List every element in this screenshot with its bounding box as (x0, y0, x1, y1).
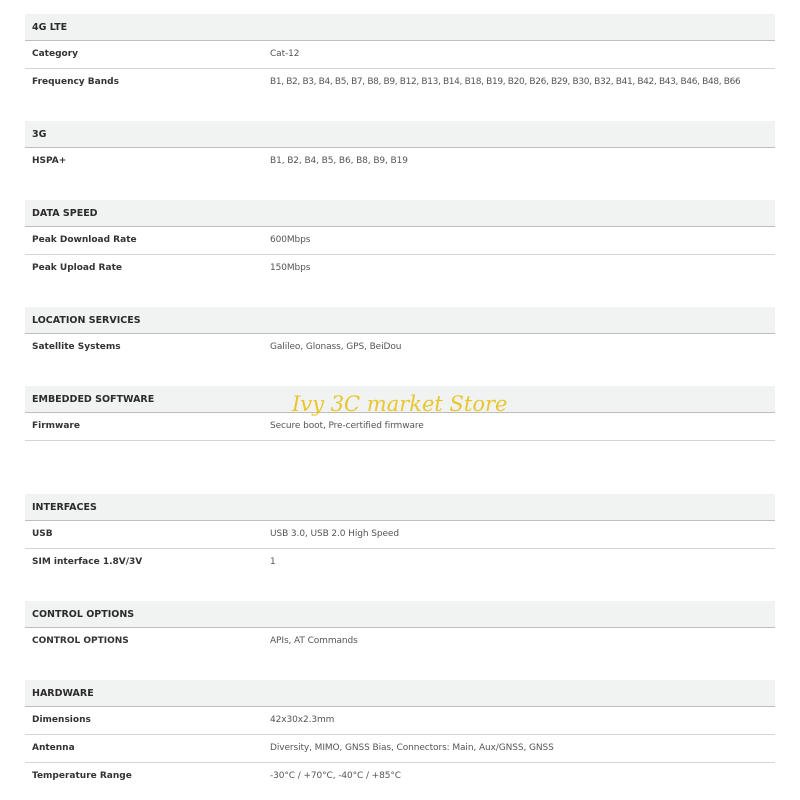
spec-label: Satellite Systems (32, 334, 121, 361)
spec-label: Peak Download Rate (32, 227, 137, 254)
spec-value: -30°C / +70°C, -40°C / +85°C (270, 763, 401, 790)
store-watermark: Ivy 3C market Store (292, 392, 507, 416)
spec-value: 1 (270, 549, 276, 576)
spec-row-dimensions: Dimensions 42x30x2.3mm (25, 707, 775, 735)
spec-value: B1, B2, B3, B4, B5, B7, B8, B9, B12, B13… (270, 69, 740, 96)
spec-value: Secure boot, Pre-certified firmware (270, 413, 424, 440)
section-4g-lte: 4G LTE Category Cat-12 Frequency Bands B… (25, 14, 775, 97)
spec-value: Diversity, MIMO, GNSS Bias, Connectors: … (270, 735, 554, 762)
spec-value: Cat-12 (270, 41, 299, 68)
spec-label: CONTROL OPTIONS (32, 628, 129, 655)
spec-label: Temperature Range (32, 763, 132, 790)
spec-row-hspa: HSPA+ B1, B2, B4, B5, B6, B8, B9, B19 (25, 148, 775, 176)
section-header: LOCATION SERVICES (25, 307, 775, 334)
section-3g: 3G HSPA+ B1, B2, B4, B5, B6, B8, B9, B19 (25, 121, 775, 176)
spec-row-usb: USB USB 3.0, USB 2.0 High Speed (25, 521, 775, 549)
section-interfaces: INTERFACES USB USB 3.0, USB 2.0 High Spe… (25, 494, 775, 577)
spec-row-frequency-bands: Frequency Bands B1, B2, B3, B4, B5, B7, … (25, 69, 775, 97)
spec-label: Category (32, 41, 78, 68)
section-hardware: HARDWARE Dimensions 42x30x2.3mm Antenna … (25, 680, 775, 791)
section-data-speed: DATA SPEED Peak Download Rate 600Mbps Pe… (25, 200, 775, 283)
spec-row-peak-download: Peak Download Rate 600Mbps (25, 227, 775, 255)
section-control-options: CONTROL OPTIONS CONTROL OPTIONS APIs, AT… (25, 601, 775, 656)
spec-row-control-options: CONTROL OPTIONS APIs, AT Commands (25, 628, 775, 656)
spec-row-sim-interface: SIM interface 1.8V/3V 1 (25, 549, 775, 577)
spec-value: USB 3.0, USB 2.0 High Speed (270, 521, 399, 548)
spec-label: Peak Upload Rate (32, 255, 122, 282)
spec-row-peak-upload: Peak Upload Rate 150Mbps (25, 255, 775, 283)
spec-label: HSPA+ (32, 148, 66, 175)
spec-value: B1, B2, B4, B5, B6, B8, B9, B19 (270, 148, 408, 175)
spec-value: Galileo, Glonass, GPS, BeiDou (270, 334, 401, 361)
section-header: DATA SPEED (25, 200, 775, 227)
section-header: HARDWARE (25, 680, 775, 707)
spec-value: APIs, AT Commands (270, 628, 358, 655)
spec-value: 42x30x2.3mm (270, 707, 334, 734)
section-header: CONTROL OPTIONS (25, 601, 775, 628)
spec-row-category: Category Cat-12 (25, 41, 775, 69)
spec-row-satellite-systems: Satellite Systems Galileo, Glonass, GPS,… (25, 334, 775, 362)
spec-label: USB (32, 521, 53, 548)
section-header: 3G (25, 121, 775, 148)
spec-label: Frequency Bands (32, 69, 119, 96)
spec-label: Firmware (32, 413, 80, 440)
spec-value: 150Mbps (270, 255, 310, 282)
section-header: INTERFACES (25, 494, 775, 521)
spec-label: Dimensions (32, 707, 91, 734)
spec-label: Antenna (32, 735, 75, 762)
section-location-services: LOCATION SERVICES Satellite Systems Gali… (25, 307, 775, 362)
spec-label: SIM interface 1.8V/3V (32, 549, 142, 576)
section-header: 4G LTE (25, 14, 775, 41)
spec-value: 600Mbps (270, 227, 310, 254)
spec-row-antenna: Antenna Diversity, MIMO, GNSS Bias, Conn… (25, 735, 775, 763)
spec-row-firmware: Firmware Secure boot, Pre-certified firm… (25, 413, 775, 441)
spec-row-temperature-range: Temperature Range -30°C / +70°C, -40°C /… (25, 763, 775, 791)
